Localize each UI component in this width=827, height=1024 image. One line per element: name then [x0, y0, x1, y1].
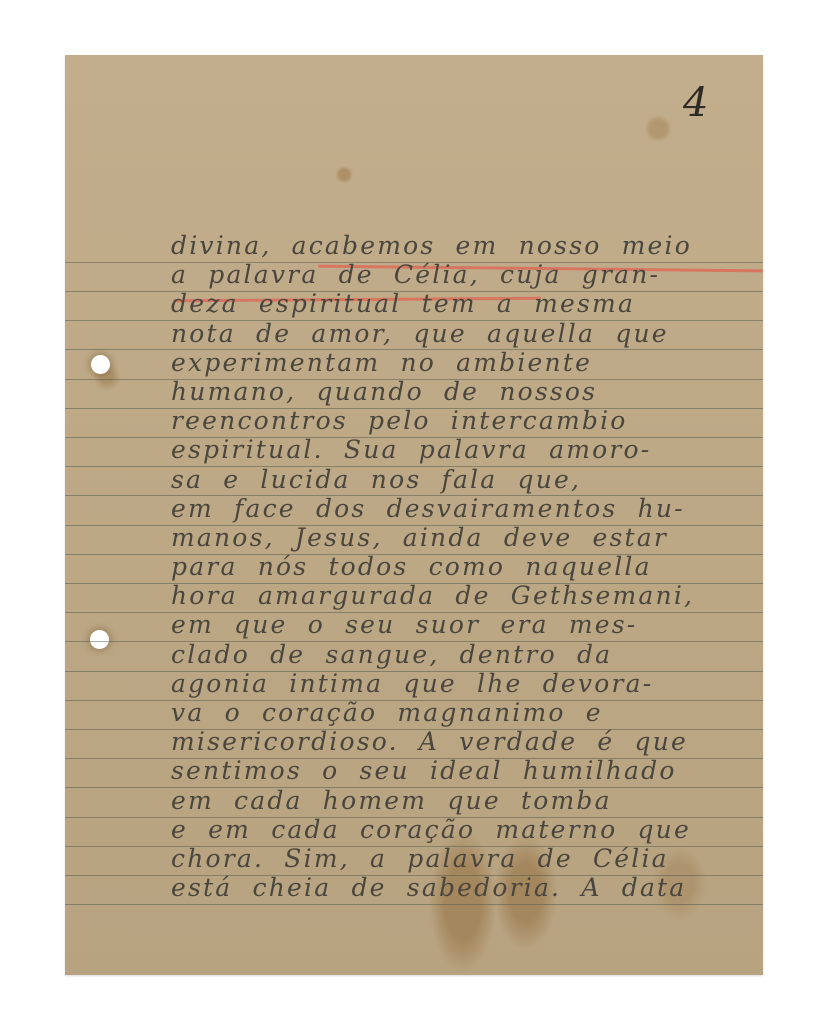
text-line: reencontros pelo intercambio — [171, 406, 763, 435]
text-line: va o coração magnanimo e — [171, 698, 763, 727]
text-line: espiritual. Sua palavra amoro- — [171, 435, 763, 464]
text-line: em cada homem que tomba — [171, 786, 763, 815]
text-line: a palavra de Célia, cuja gran- — [171, 260, 763, 289]
text-line: misericordioso. A verdade é que — [171, 727, 763, 756]
text-line: nota de amor, que aquella que — [171, 319, 763, 348]
text-line: para nós todos como naquella — [171, 552, 763, 581]
text-line: deza espiritual tem a mesma — [171, 289, 763, 318]
text-line: clado de sangue, dentro da — [171, 640, 763, 669]
text-line: chora. Sim, a palavra de Célia — [171, 844, 763, 873]
handwritten-text: divina, acabemos em nosso meio a palavra… — [171, 231, 763, 902]
text-line: hora amargurada de Gethsemani, — [171, 581, 763, 610]
text-line: em que o seu suor era mes- — [171, 610, 763, 639]
text-line: manos, Jesus, ainda deve estar — [171, 523, 763, 552]
text-line: experimentam no ambiente — [171, 348, 763, 377]
text-line: agonia intima que lhe devora- — [171, 669, 763, 698]
text-line: sentimos o seu ideal humilhado — [171, 756, 763, 785]
text-line: está cheia de sabedoria. A data — [171, 873, 763, 902]
ruled-line — [65, 904, 763, 905]
text-line: sa e lucida nos fala que, — [171, 465, 763, 494]
page-number: 4 — [683, 83, 708, 123]
text-line: divina, acabemos em nosso meio — [171, 231, 763, 260]
text-line: e em cada coração materno que — [171, 815, 763, 844]
manuscript-page: 4 divina, acabemos em nosso meio a palav… — [65, 55, 763, 975]
text-line: humano, quando de nossos — [171, 377, 763, 406]
text-line: em face dos desvairamentos hu- — [171, 494, 763, 523]
